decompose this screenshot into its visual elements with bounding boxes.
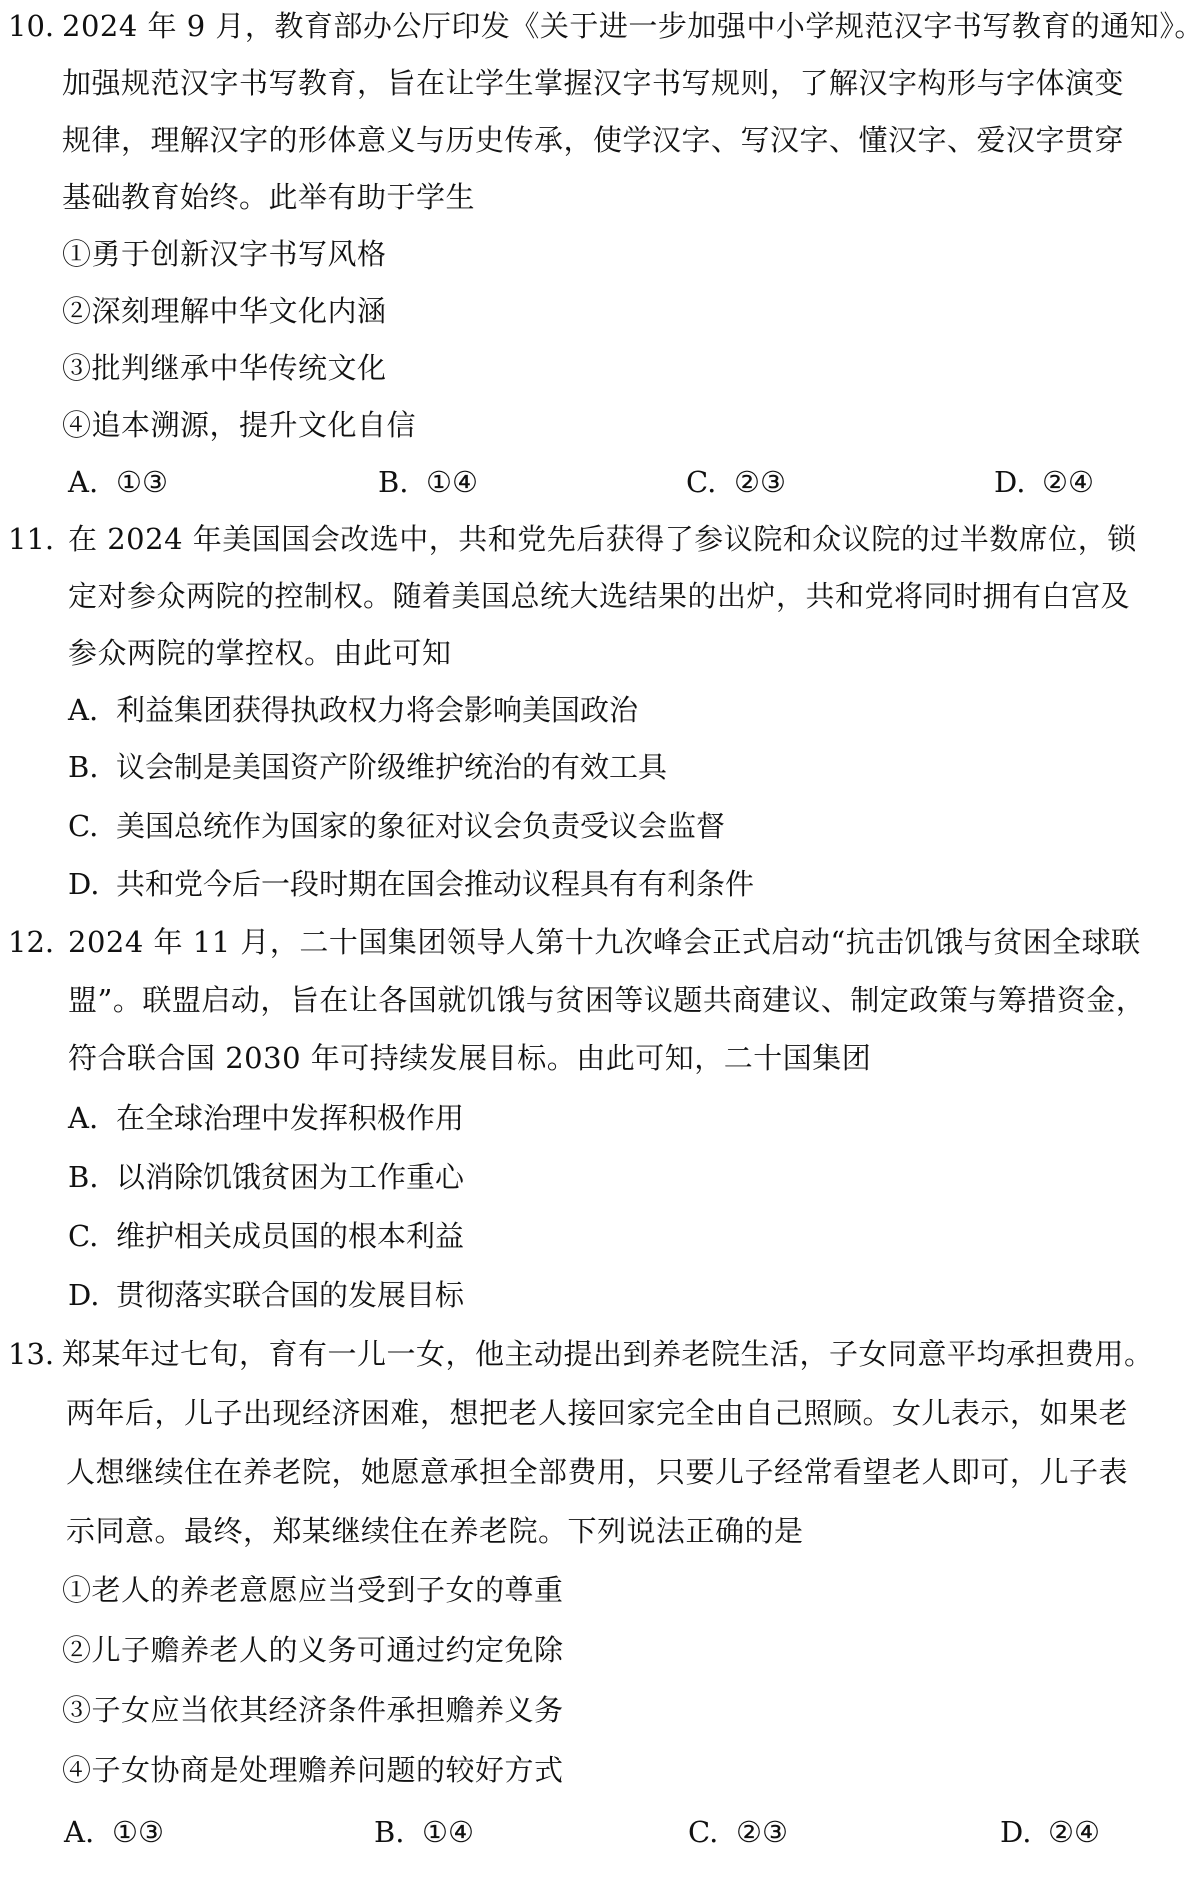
option-b[interactable]: B.议会制是美国资产阶级维护统治的有效工具 (68, 747, 667, 787)
question-number: 12. (8, 922, 54, 962)
question-stem-line: 盟”。联盟启动，旨在让各国就饥饿与贫困等议题共商建议、制定政策与筹措资金， (68, 980, 1145, 1020)
option-c[interactable]: C.美国总统作为国家的象征对议会负责受议会监督 (68, 806, 725, 846)
option-letter: C. (68, 806, 116, 846)
option-text: ②③ (734, 465, 786, 499)
option-text: ①④ (426, 465, 478, 499)
question-number: 13. (8, 1334, 54, 1374)
option-text: ①③ (116, 465, 168, 499)
option-b[interactable]: B.①④ (374, 1812, 474, 1852)
question-stem-line: 定对参众两院的控制权。随着美国总统大选结果的出炉，共和党将同时拥有白宫及 (68, 576, 1130, 616)
statement-4: ④追本溯源，提升文化自信 (62, 405, 416, 445)
question-stem-line: 基础教育始终。此举有助于学生 (62, 177, 475, 217)
option-letter: C. (688, 1812, 736, 1852)
question-number: 10. (8, 6, 54, 46)
option-letter: D. (68, 1275, 116, 1315)
question-stem-line: 参众两院的掌控权。由此可知 (68, 633, 452, 673)
statement-1: ①勇于创新汉字书写风格 (62, 234, 387, 274)
option-d[interactable]: D.共和党今后一段时期在国会推动议程具有有利条件 (68, 864, 754, 904)
option-b[interactable]: B.以消除饥饿贫困为工作重心 (68, 1157, 464, 1197)
option-text: 在全球治理中发挥积极作用 (116, 1101, 464, 1135)
option-text: 美国总统作为国家的象征对议会负责受议会监督 (116, 809, 725, 843)
option-d[interactable]: D.②④ (1000, 1812, 1100, 1852)
option-d[interactable]: D.贯彻落实联合国的发展目标 (68, 1275, 464, 1315)
statement-2: ②儿子赡养老人的义务可通过约定免除 (62, 1630, 564, 1670)
statement-2: ②深刻理解中华文化内涵 (62, 291, 387, 331)
option-letter: B. (374, 1812, 422, 1852)
option-b[interactable]: B.①④ (378, 462, 478, 502)
option-text: ②④ (1042, 465, 1094, 499)
option-letter: A. (68, 462, 116, 502)
option-letter: A. (68, 690, 116, 730)
option-letter: A. (64, 1812, 112, 1852)
option-text: 以消除饥饿贫困为工作重心 (116, 1160, 464, 1194)
option-text: 利益集团获得执政权力将会影响美国政治 (116, 693, 638, 727)
option-letter: B. (68, 1157, 116, 1197)
question-stem-line: 加强规范汉字书写教育，旨在让学生掌握汉字书写规则，了解汉字构形与字体演变 (62, 63, 1124, 103)
option-a[interactable]: A.①③ (68, 462, 168, 502)
option-text: ①③ (112, 1815, 164, 1849)
question-stem-line: 规律，理解汉字的形体意义与历史传承，使学汉字、写汉字、懂汉字、爱汉字贯穿 (62, 120, 1124, 160)
question-stem-line: 2024 年 9 月，教育部办公厅印发《关于进一步加强中小学规范汉字书写教育的通… (62, 6, 1203, 46)
option-letter: B. (378, 462, 426, 502)
option-text: 共和党今后一段时期在国会推动议程具有有利条件 (116, 867, 754, 901)
option-text: 议会制是美国资产阶级维护统治的有效工具 (116, 750, 667, 784)
option-text: ①④ (422, 1815, 474, 1849)
option-a[interactable]: A.①③ (64, 1812, 164, 1852)
option-c[interactable]: C.②③ (686, 462, 786, 502)
option-letter: C. (68, 1216, 116, 1256)
option-letter: C. (686, 462, 734, 502)
question-stem-line: 示同意。最终，郑某继续住在养老院。下列说法正确的是 (66, 1511, 804, 1551)
option-text: 维护相关成员国的根本利益 (116, 1219, 464, 1253)
statement-4: ④子女协商是处理赡养问题的较好方式 (62, 1750, 564, 1790)
option-text: ②④ (1048, 1815, 1100, 1849)
statement-3: ③批判继承中华传统文化 (62, 348, 387, 388)
statement-3: ③子女应当依其经济条件承担赡养义务 (62, 1690, 564, 1730)
option-text: 贯彻落实联合国的发展目标 (116, 1278, 464, 1312)
option-c[interactable]: C.②③ (688, 1812, 788, 1852)
question-stem-line: 两年后，儿子出现经济困难，想把老人接回家完全由自己照顾。女儿表示，如果老 (66, 1393, 1128, 1433)
option-letter: D. (994, 462, 1042, 502)
option-letter: D. (68, 864, 116, 904)
question-stem-line: 郑某年过七旬，育有一儿一女，他主动提出到养老院生活，子女同意平均承担费用。 (62, 1334, 1154, 1374)
option-a[interactable]: A.在全球治理中发挥积极作用 (68, 1098, 464, 1138)
option-text: ②③ (736, 1815, 788, 1849)
option-letter: B. (68, 747, 116, 787)
statement-1: ①老人的养老意愿应当受到子女的尊重 (62, 1570, 564, 1610)
question-stem-line: 2024 年 11 月，二十国集团领导人第十九次峰会正式启动“抗击饥饿与贫困全球… (68, 922, 1141, 962)
question-stem-line: 在 2024 年美国国会改选中，共和党先后获得了参议院和众议院的过半数席位，锁 (68, 519, 1137, 559)
question-stem-line: 人想继续住在养老院，她愿意承担全部费用，只要儿子经常看望老人即可，儿子表 (66, 1452, 1128, 1492)
option-d[interactable]: D.②④ (994, 462, 1094, 502)
option-letter: D. (1000, 1812, 1048, 1852)
option-c[interactable]: C.维护相关成员国的根本利益 (68, 1216, 464, 1256)
question-stem-line: 符合联合国 2030 年可持续发展目标。由此可知，二十国集团 (68, 1038, 871, 1078)
option-a[interactable]: A.利益集团获得执政权力将会影响美国政治 (68, 690, 638, 730)
question-number: 11. (8, 519, 54, 559)
option-letter: A. (68, 1098, 116, 1138)
